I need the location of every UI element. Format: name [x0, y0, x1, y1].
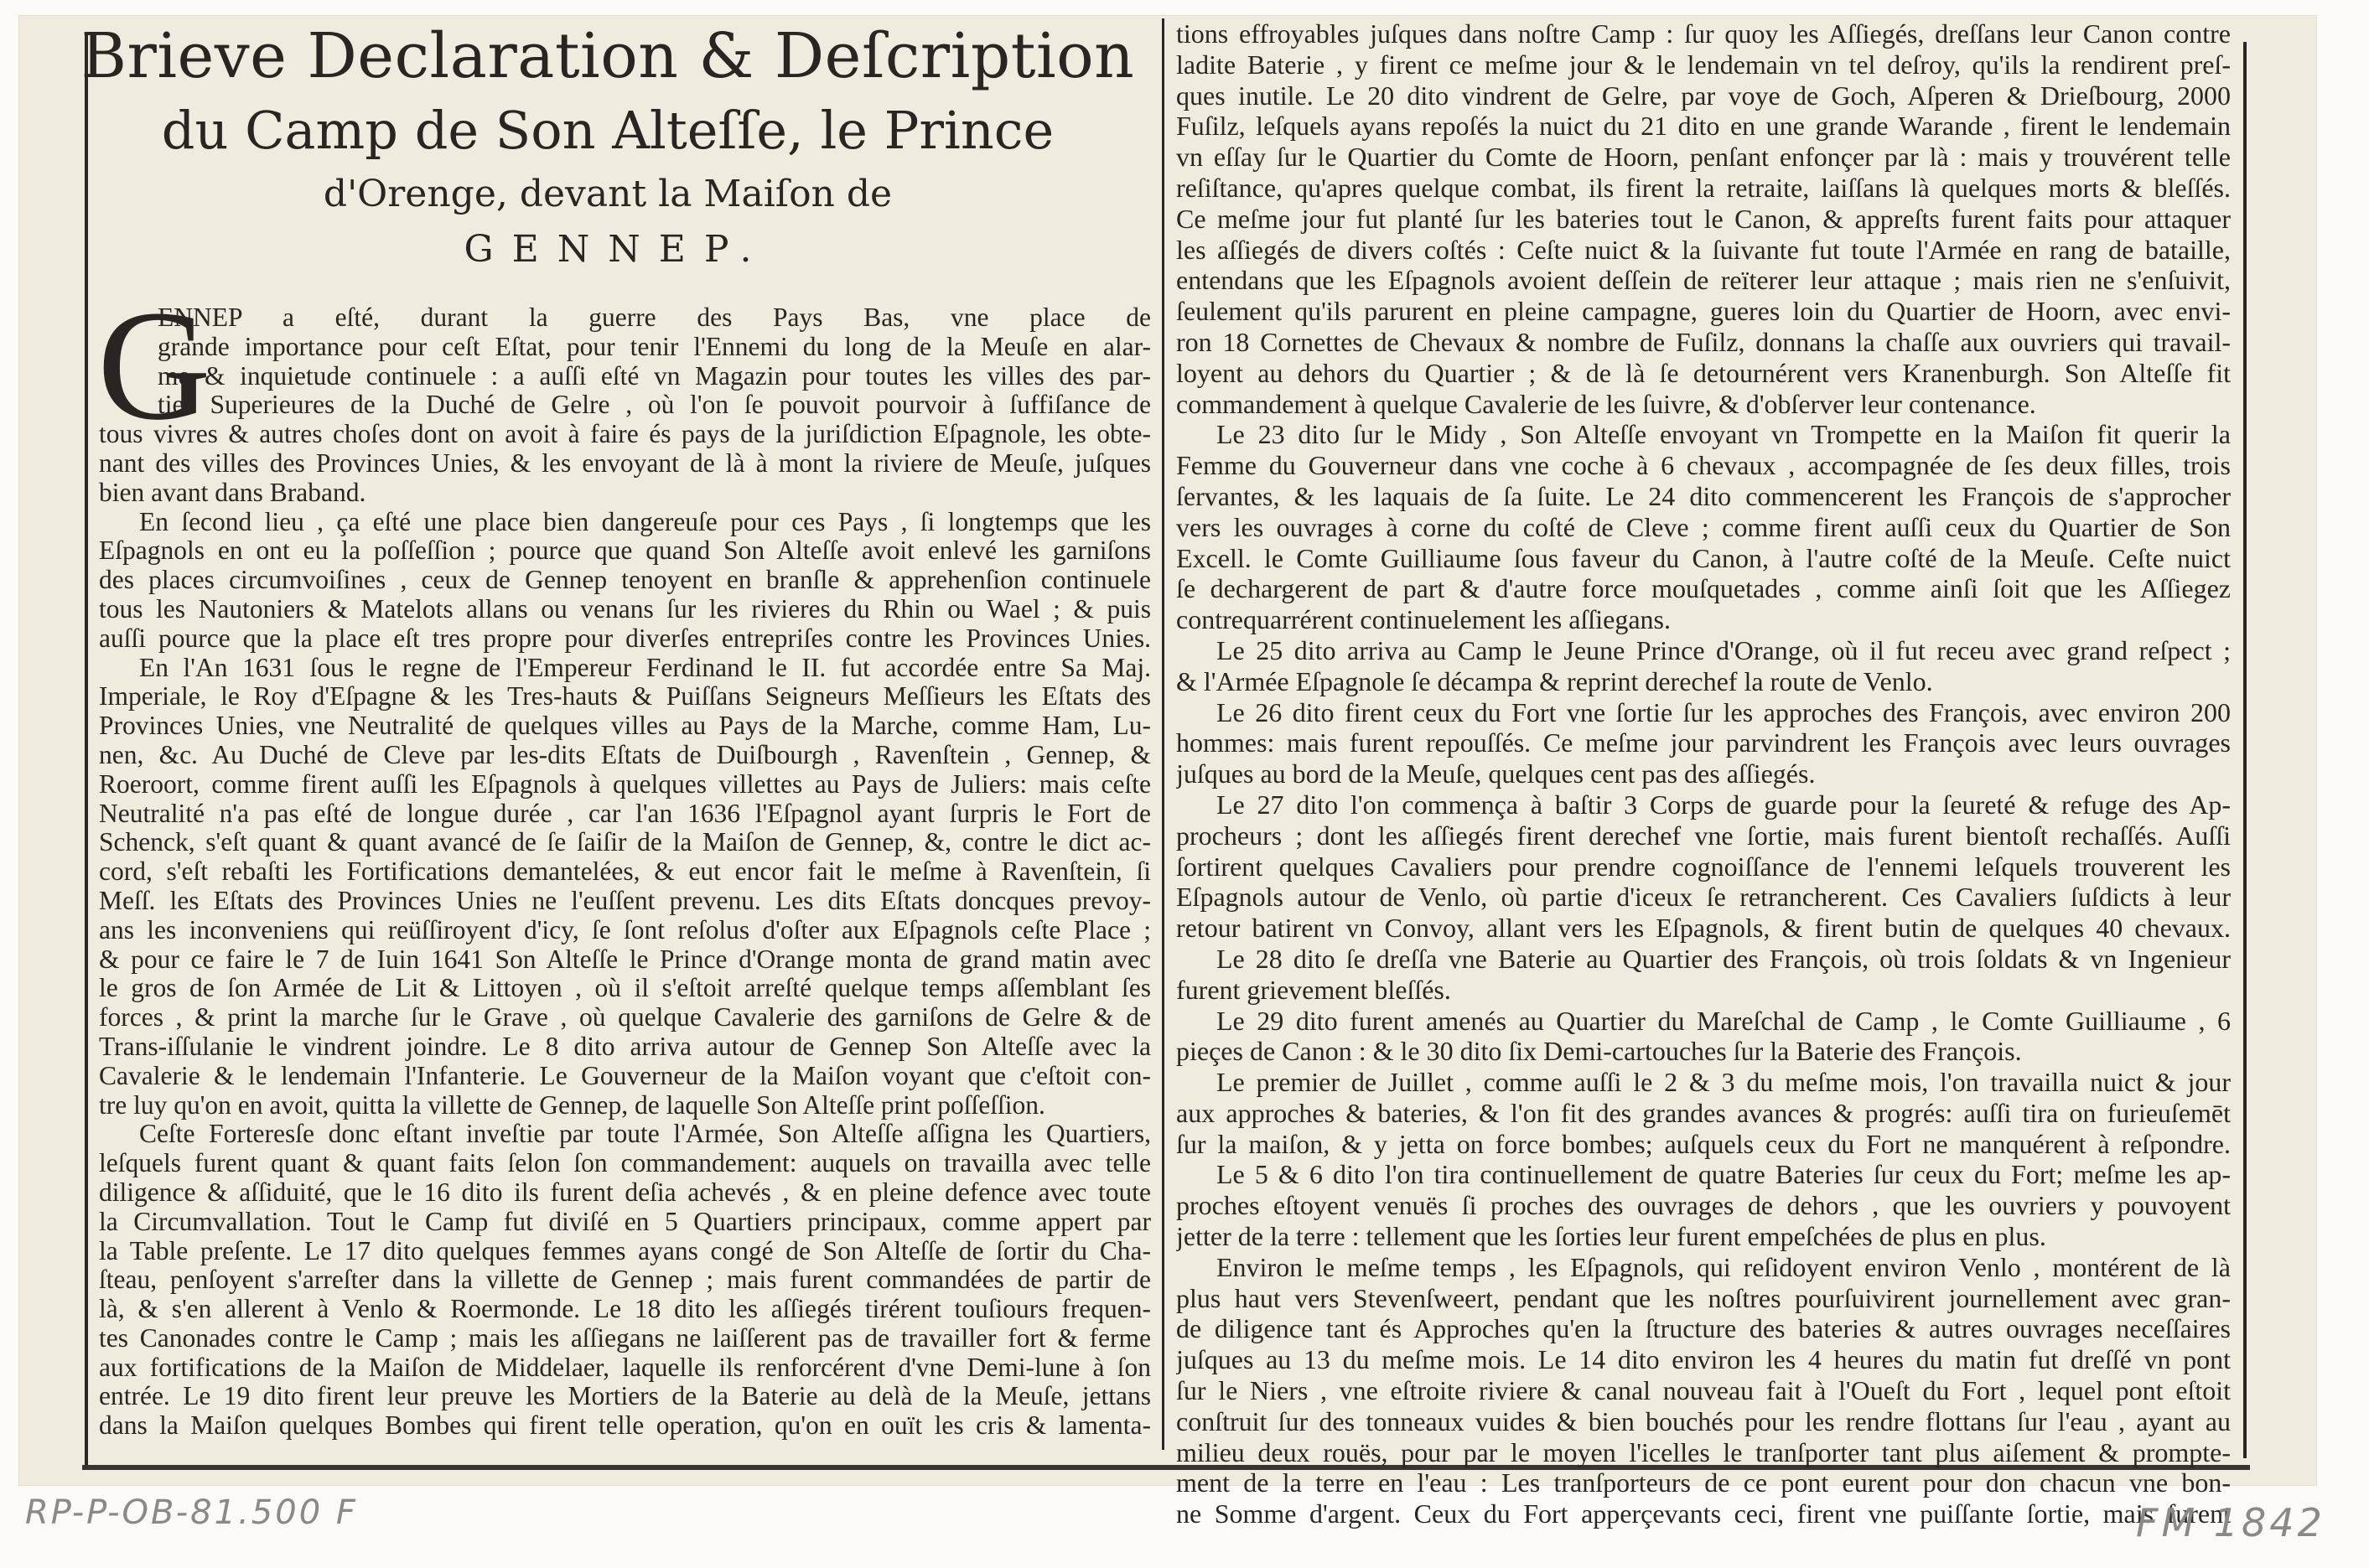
text-line: diligence & aſſiduité, que le 16 dito il… — [99, 1178, 1151, 1208]
text-line: plus haut vers Stevenſweert, pendant que… — [1176, 1283, 2231, 1314]
text-line: tous les Nautoniers & Matelots allans ou… — [99, 595, 1151, 624]
text-line: Environ le meſme temps , les Eſpagnols, … — [1176, 1252, 2231, 1283]
text-line: nant des villes des Provinces Unies, & l… — [99, 449, 1151, 479]
text-line: Trans-iſſulanie le vindrent joindre. Le … — [99, 1032, 1151, 1062]
text-line: juſques au bord de la Meuſe, quelques ce… — [1176, 758, 2231, 789]
text-line: ques inutile. Le 20 dito vindrent de Gel… — [1176, 80, 2231, 111]
text-line: ties Superieures de la Duché de Gelre , … — [99, 391, 1151, 420]
text-line: pieçes de Canon : & le 30 dito ſix Demi-… — [1176, 1036, 2231, 1067]
text-line: cord, s'eſt rebaſti les Fortifications d… — [99, 857, 1151, 887]
text-line: vers les ouvrages à corne du coſté de Cl… — [1176, 512, 2231, 543]
title-line-1: Brieve Declaration & Deſcription — [67, 18, 1148, 94]
text-line: la Circumvallation. Tout le Camp fut div… — [99, 1208, 1151, 1237]
text-line: conſtruit ſur des tonneaux vuides & bien… — [1176, 1406, 2231, 1437]
text-line: Le premier de Juillet , comme auſſi le 2… — [1176, 1067, 2231, 1098]
text-line: dans la Maiſon quelques Bombes qui firen… — [99, 1411, 1151, 1441]
text-line: Le 27 dito l'on commença à baſtir 3 Corp… — [1176, 789, 2231, 820]
text-line: Le 28 dito ſe dreſſa vne Baterie au Quar… — [1176, 944, 2231, 975]
text-line: tes Canonades contre le Camp ; mais les … — [99, 1324, 1151, 1353]
text-line: ron 18 Cornettes de Chevaux & nombre de … — [1176, 327, 2231, 358]
inventory-number-note: RP-P-OB-81.500 F — [25, 1493, 358, 1532]
text-line: Cavalerie & le lendemain l'Infanterie. L… — [99, 1062, 1151, 1091]
text-line: contrequarrérent continuelement les aſſi… — [1176, 604, 2231, 635]
text-line: hommes: mais furent repouſſés. Ce meſme … — [1176, 727, 2231, 758]
text-line: nen, &c. Au Duché de Cleve par les-dits … — [99, 741, 1151, 770]
text-line: Roeroort, comme firent auſſi les Eſpagno… — [99, 770, 1151, 800]
text-line: & pour ce faire le 7 de Iuin 1641 Son Al… — [99, 945, 1151, 975]
text-line: commandement à quelque Cavalerie de les … — [1176, 389, 2231, 420]
text-line: entrée. Le 19 dito firent leur preuve le… — [99, 1382, 1151, 1411]
text-line: ſteau, penſoyent s'arreſter dans la vill… — [99, 1265, 1151, 1295]
text-line: furent grievement bleſſés. — [1176, 975, 2231, 1006]
text-line: de diligence tant és Approches qu'en la … — [1176, 1313, 2231, 1344]
collector-mark-note: FM 1842 — [2136, 1500, 2325, 1545]
text-line: aux approches & bateries, & l'on fit des… — [1176, 1098, 2231, 1129]
text-line: ſeulement qu'ils parurent en pleine camp… — [1176, 296, 2231, 327]
text-line: reſiſtance, qu'apres quelque combat, ils… — [1176, 173, 2231, 204]
text-line: vn eſſay ſur le Quartier du Comte de Hoo… — [1176, 142, 2231, 173]
left-column: G ENNEP a eſté, durant la guerre des Pay… — [99, 303, 1151, 1441]
text-line: Le 5 & 6 dito l'on tira continuellement … — [1176, 1159, 2231, 1190]
right-column: tions effroyables juſques dans noſtre Ca… — [1176, 18, 2231, 1529]
text-line: Imperiale, le Roy d'Eſpagne & les Tres-h… — [99, 682, 1151, 712]
text-line: les aſſiegés de divers coſtés : Ceſte nu… — [1176, 235, 2231, 266]
text-line: forces , & print la marche ſur le Grave … — [99, 1003, 1151, 1032]
left-column-text: ENNEP a eſté, durant la guerre des Pays … — [99, 303, 1151, 1441]
text-line: juſques au 13 du meſme mois. Le 14 dito … — [1176, 1344, 2231, 1375]
right-column-text: tions effroyables juſques dans noſtre Ca… — [1176, 18, 2231, 1529]
text-line: ſortirent quelques Cavaliers pour prendr… — [1176, 851, 2231, 882]
drop-cap: G — [97, 298, 211, 432]
text-line: Eſpagnols en ont eu la poſſeſſion ; pour… — [99, 536, 1151, 566]
text-line: ladite Baterie , y firent ce meſme jour … — [1176, 49, 2231, 80]
text-line: ne Somme d'argent. Ceux du Fort apperçev… — [1176, 1498, 2231, 1529]
text-line: ment de la terre en l'eau : Les tranſpor… — [1176, 1467, 2231, 1498]
text-line: ſervantes, & les laquais de ſa ſuite. Le… — [1176, 481, 2231, 512]
text-line: Le 26 dito firent ceux du Fort vne ſorti… — [1176, 697, 2231, 728]
text-line: auſſi pource que la place eſt tres propr… — [99, 624, 1151, 654]
text-line: Meſſ. les Eſtats des Provinces Unies ne … — [99, 887, 1151, 916]
text-line: ſe dechargerent de part & d'autre force … — [1176, 573, 2231, 604]
text-line: bien avant dans Braband. — [99, 479, 1151, 508]
text-line: proches eſtoyent venuës ſi proches des o… — [1176, 1190, 2231, 1221]
text-line: En l'An 1631 ſous le regne de l'Empereur… — [99, 654, 1151, 683]
text-line: & l'Armée Eſpagnole ſe décampa & reprint… — [1176, 666, 2231, 697]
text-line: Ce meſme jour fut planté ſur les baterie… — [1176, 204, 2231, 235]
right-border-rule — [2243, 42, 2247, 1458]
text-line: leſquels furent quant & quant faits ſelo… — [99, 1149, 1151, 1178]
text-line: ENNEP a eſté, durant la guerre des Pays … — [99, 303, 1151, 333]
text-line: la Table preſente. Le 17 dito quelques f… — [99, 1237, 1151, 1266]
text-line: milieu deux rouës, pour par le moyen l'i… — [1176, 1437, 2231, 1468]
column-divider-rule — [1162, 18, 1164, 1450]
text-line: Femme du Gouverneur dans vne coche à 6 c… — [1176, 450, 2231, 481]
text-line: grande importance pour ceſt Eſtat, pour … — [99, 333, 1151, 362]
text-line: Provinces Unies, vne Neutralité de quelq… — [99, 712, 1151, 741]
text-line: ſur le Niers , vne eſtroite riviere & ca… — [1176, 1375, 2231, 1406]
text-line: Neutralité n'a pas eſté de longue durée … — [99, 800, 1151, 829]
text-line: entendans que les Eſpagnols avoient deſſ… — [1176, 265, 2231, 296]
text-line: le gros de ſon Armée de Lit & Littoyen ,… — [99, 974, 1151, 1003]
text-line: tions effroyables juſques dans noſtre Ca… — [1176, 18, 2231, 49]
text-line: Fuſilz, leſquels ayans repoſés la nuict … — [1176, 111, 2231, 142]
text-line: des places circumvoiſines , ceux de Genn… — [99, 566, 1151, 595]
title-line-3: d'Orenge, devant la Maiſon de — [67, 168, 1148, 221]
text-line: Le 29 dito furent amenés au Quartier du … — [1176, 1006, 2231, 1037]
text-line: Schenck, s'eſt quant & quant avancé de ſ… — [99, 828, 1151, 857]
text-line: Eſpagnols autour de Venlo, où partie d'i… — [1176, 882, 2231, 913]
text-line: retour batirent vn Convoy, allant vers l… — [1176, 913, 2231, 944]
text-line: aux fortifications de la Maiſon de Midde… — [99, 1353, 1151, 1383]
text-line: là, & s'en allerent à Venlo & Roermonde.… — [99, 1295, 1151, 1324]
text-line: loyent au dehors du Quartier ; & de là ſ… — [1176, 358, 2231, 389]
text-line: En ſecond lieu , ça eſté une place bien … — [99, 508, 1151, 537]
text-line: ſur la maiſon, & y jetta on force bombes… — [1176, 1129, 2231, 1160]
text-line: ans les inconveniens qui reüſſiroyent d'… — [99, 916, 1151, 945]
text-line: jetter de la terre : tellement que les ſ… — [1176, 1221, 2231, 1252]
text-line: Le 25 dito arriva au Camp le Jeune Princ… — [1176, 635, 2231, 666]
text-line: procheurs ; dont les aſſiegés firent der… — [1176, 820, 2231, 851]
text-line: Excell. le Comte Guilliaume ſous faveur … — [1176, 543, 2231, 574]
title-line-4: GENNEP. — [67, 221, 1148, 278]
text-line: tous vivres & autres choſes dont on avoi… — [99, 420, 1151, 449]
title-line-2: du Camp de Son Alteſſe, le Prince — [67, 94, 1148, 168]
text-line: Le 23 dito ſur le Midy , Son Alteſſe env… — [1176, 419, 2231, 450]
text-line: me & inquietude continuele : a auſſi eſt… — [99, 362, 1151, 391]
text-line: tre luy qu'on en avoit, quitta la villet… — [99, 1091, 1151, 1120]
title-block: Brieve Declaration & Deſcription du Camp… — [67, 18, 1148, 278]
text-line: Ceſte Forteresſe donc eſtant inveſtie pa… — [99, 1120, 1151, 1149]
